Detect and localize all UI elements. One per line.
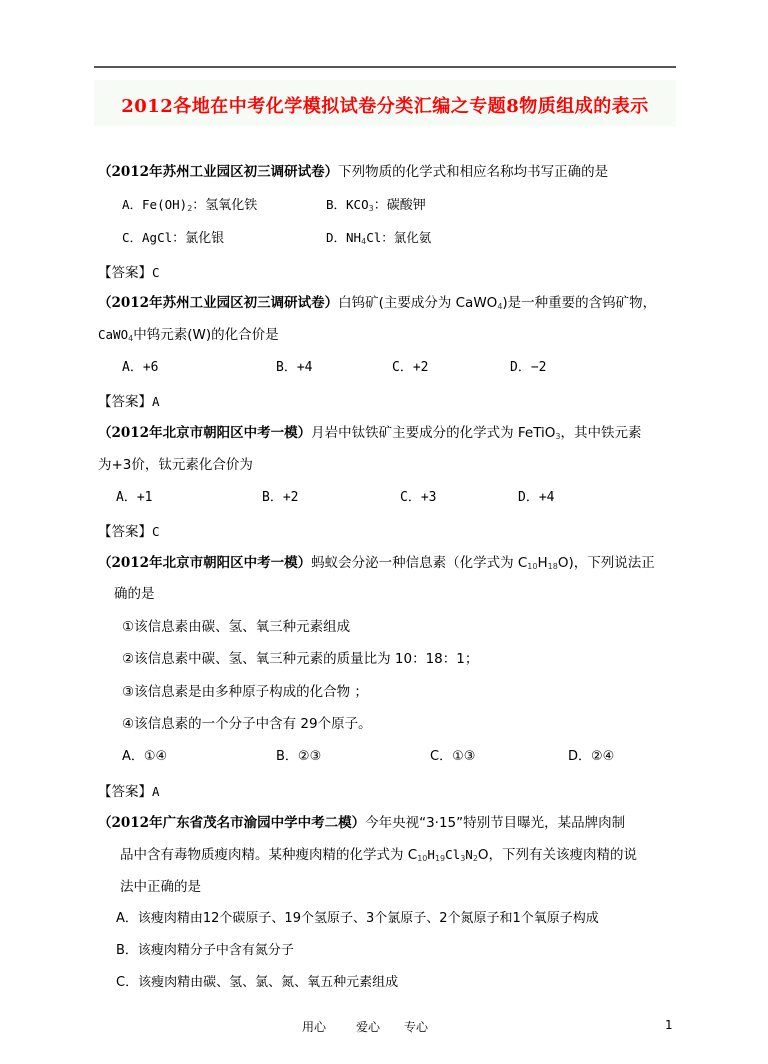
question-1-answer: 【答案】C (98, 261, 160, 281)
subscript: 18 (548, 562, 558, 571)
formula: CaWO (98, 327, 128, 342)
question-5-stem-line-2: 品中含有毒物质瘦肉精。某种瘦肉精的化学式为 C10H19Cl3N2O，下列有关该… (120, 846, 637, 868)
question-1-option-a: A．Fe(OH)2：氢氧化铁 (122, 196, 257, 218)
question-4-option-a: A．①④ (122, 748, 167, 766)
question-2-option-b: B．+4 (276, 359, 312, 377)
statement-4: ④该信息素的一个分子中含有 29个原子。 (122, 715, 372, 733)
question-4-option-b: B．②③ (276, 748, 321, 766)
document-page: 2012各地在中考化学模拟试卷分类汇编之专题8物质组成的表示 （2012年苏州工… (0, 0, 768, 1064)
answer-value: C (152, 265, 160, 280)
footer-motto-3: 专心 (404, 1018, 428, 1035)
option-label: C． (122, 230, 142, 245)
footer-motto-1: 用心 (302, 1018, 326, 1035)
subscript: 10 (527, 562, 537, 571)
question-text: 蚂蚁会分泌一种信息素（化学式为 C (311, 555, 527, 571)
answer-value: A (152, 784, 160, 799)
option-text: ：碳酸钾 (374, 198, 426, 213)
question-1-option-c: C．AgCl：氯化银 (122, 229, 224, 248)
question-2-option-a: A．+6 (122, 359, 158, 377)
question-2-stem-line-1: （2012年苏州工业园区初三调研试卷）白钨矿(主要成分为 CaWO4)是一种重要… (98, 294, 656, 316)
answer-label: 【答案】 (98, 524, 152, 540)
answer-label: 【答案】 (98, 265, 152, 281)
question-4-answer: 【答案】A (98, 780, 160, 800)
question-2-stem-line-2: CaWO4中钨元素(W)的化合价是 (98, 326, 279, 348)
subscript: 10 (417, 854, 427, 863)
statement-3: ③该信息素是由多种原子构成的化合物 ； (122, 683, 368, 701)
question-3-answer: 【答案】C (98, 520, 160, 540)
question-2-answer: 【答案】A (98, 390, 160, 410)
question-source: （2012年广东省茂名市渝园中学中考二模） (98, 815, 365, 831)
option-label: D． (326, 230, 346, 245)
question-text: ，其中铁元素 (561, 425, 642, 441)
question-1-option-d: D．NH4Cl：氯化氨 (326, 229, 431, 251)
question-text: )是一种重要的含钨矿物， (502, 295, 656, 311)
question-source: （2012年苏州工业园区初三调研试卷） (98, 295, 338, 311)
question-3-stem-line-2: 为+3价，钛元素化合价为 (98, 456, 253, 474)
option-formula: NH (346, 230, 361, 245)
question-5-option-c: C．该瘦肉精由碳、氢、氯、氮、氧五种元素组成 (116, 974, 398, 992)
question-source: （2012年苏州工业园区初三调研试卷） (98, 164, 338, 180)
question-text: 中钨元素(W)的化合价是 (133, 327, 278, 343)
question-4-stem-line-2: 确的是 (114, 585, 155, 603)
header-rule (94, 66, 676, 68)
answer-label: 【答案】 (98, 784, 152, 800)
question-text: O)，下列说法正 (558, 555, 655, 571)
answer-value: A (152, 394, 160, 409)
document-title: 2012各地在中考化学模拟试卷分类汇编之专题8物质组成的表示 (94, 92, 676, 118)
question-5-stem-line-3: 法中正确的是 (120, 878, 201, 896)
question-4-option-d: D．②④ (568, 748, 614, 766)
question-text: 下列物质的化学式和相应名称均书写正确的是 (338, 164, 608, 180)
page-number: 1 (665, 1018, 673, 1032)
footer-motto-2: 爱心 (356, 1018, 380, 1035)
option-text: ：氢氧化铁 (192, 198, 257, 213)
question-1-stem: （2012年苏州工业园区初三调研试卷）下列物质的化学式和相应名称均书写正确的是 (98, 163, 608, 181)
question-3-option-d: D．+4 (518, 489, 554, 507)
question-text: 月岩中钛铁矿主要成分的化学式为 FeTiO (311, 425, 555, 441)
question-3-option-b: B．+2 (262, 489, 298, 507)
question-5-stem-line-1: （2012年广东省茂名市渝园中学中考二模）今年央视“3·15”特别节目曝光，某品… (98, 814, 625, 832)
question-5-option-a: A．该瘦肉精由12个碳原子、19个氢原子、3个氯原子、2个氮原子和1个氧原子构成 (116, 910, 599, 928)
question-text: 品中含有毒物质瘦肉精。某种瘦肉精的化学式为 C (120, 847, 417, 863)
answer-label: 【答案】 (98, 394, 152, 410)
option-text: ：氯化银 (172, 231, 224, 246)
question-3-option-c: C．+3 (400, 489, 436, 507)
statement-1: ①该信息素由碳、氢、氧三种元素组成 (122, 618, 350, 636)
option-label: B． (326, 197, 346, 212)
subscript: 19 (435, 854, 445, 863)
question-3-option-a: A．+1 (116, 489, 152, 507)
question-2-option-c: C．+2 (392, 359, 428, 377)
statement-2: ②该信息素中碳、氢、氧三种元素的质量比为 10：18：1； (122, 650, 478, 668)
question-3-stem-line-1: （2012年北京市朝阳区中考一模）月岩中钛铁矿主要成分的化学式为 FeTiO3，… (98, 424, 642, 446)
question-text: O，下列有关该瘦肉精的说 (478, 847, 637, 863)
question-1-option-b: B．KCO3：碳酸钾 (326, 196, 426, 218)
question-source: （2012年北京市朝阳区中考一模） (98, 425, 311, 441)
question-5-option-b: B．该瘦肉精分子中含有氮分子 (116, 942, 294, 960)
formula: H (537, 555, 547, 571)
question-4-stem-line-1: （2012年北京市朝阳区中考一模）蚂蚁会分泌一种信息素（化学式为 C10H18O… (98, 554, 655, 576)
question-source: （2012年北京市朝阳区中考一模） (98, 555, 311, 571)
option-label: A． (122, 197, 142, 212)
answer-value: C (152, 524, 160, 539)
option-formula: KCO (346, 197, 369, 212)
option-formula: Fe(OH) (142, 197, 187, 212)
question-4-option-c: C．①③ (430, 748, 475, 766)
question-text: 今年央视“3·15”特别节目曝光，某品牌肉制 (365, 815, 625, 831)
option-formula: AgCl (142, 230, 172, 245)
formula: Cl (445, 847, 460, 862)
formula: H (427, 847, 435, 862)
question-2-option-d: D．−2 (510, 359, 546, 377)
formula: N (465, 847, 473, 862)
question-text: 白钨矿(主要成分为 CaWO (338, 295, 497, 311)
option-text: Cl：氯化氨 (366, 230, 431, 245)
